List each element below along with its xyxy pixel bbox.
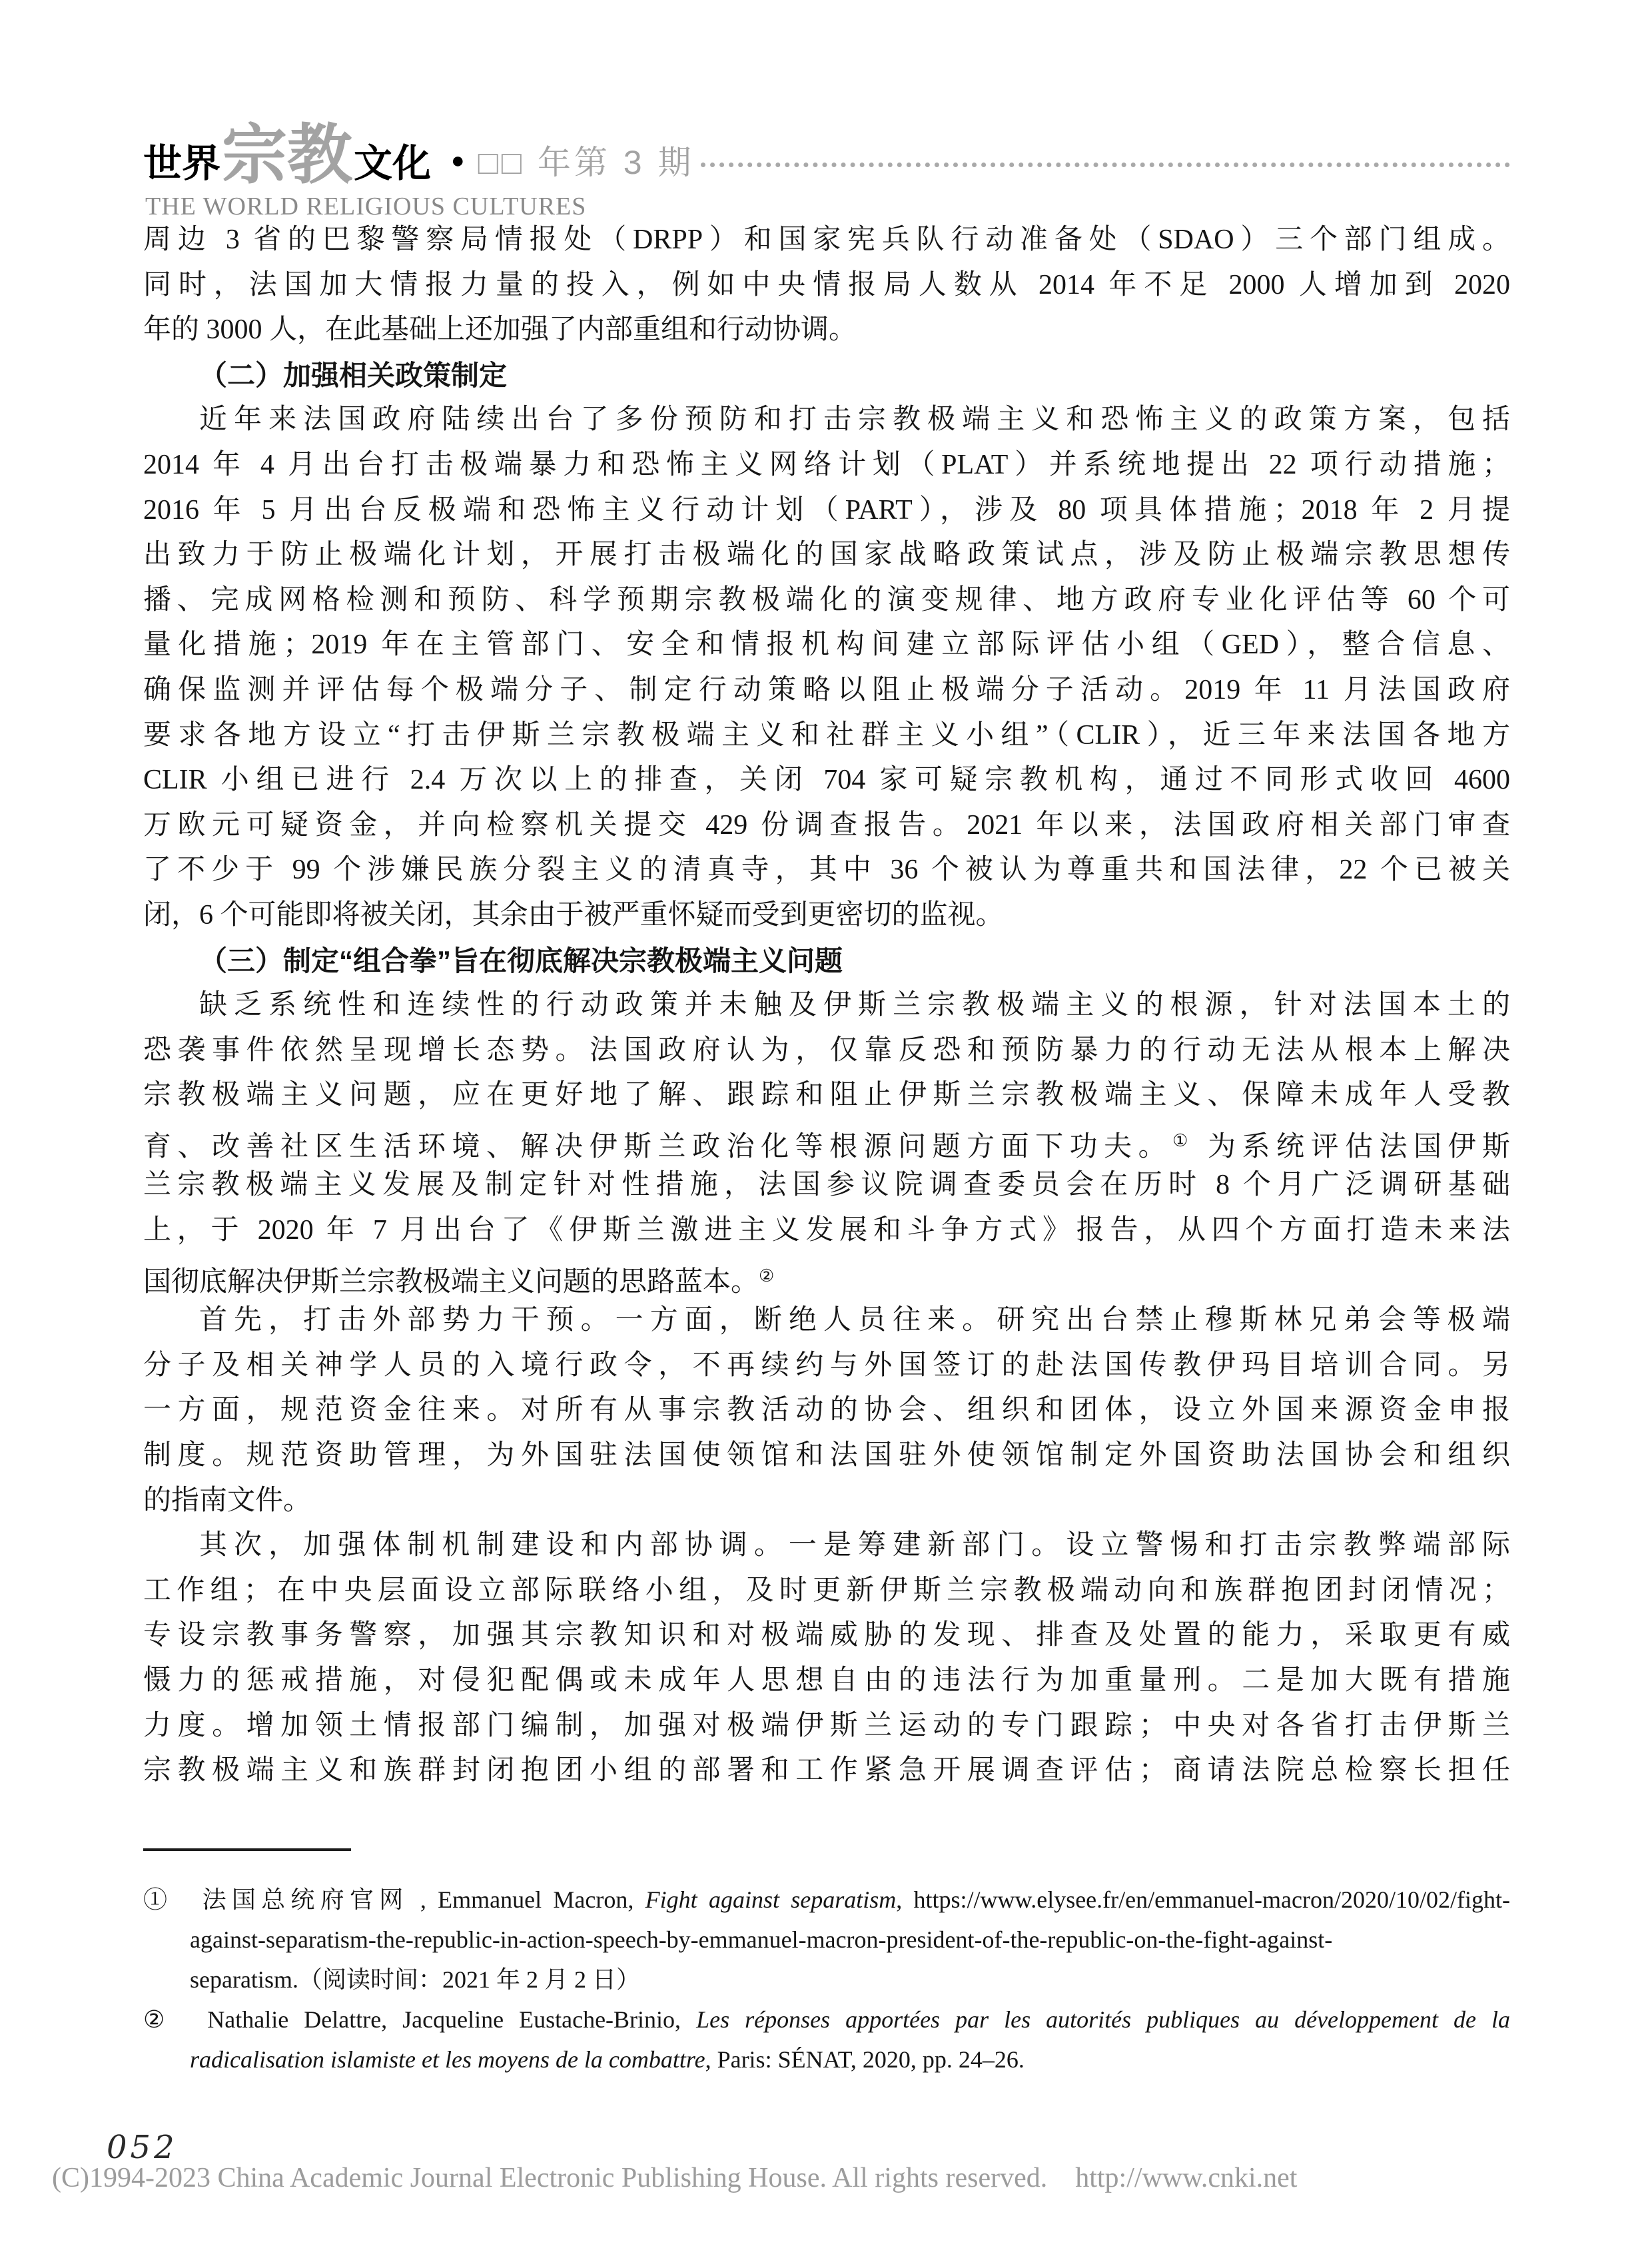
text-segment: 了不少于 99 个涉嫌民族分裂主义的清真寺，其中 36 个被认为尊重共和国法律，… (143, 855, 1510, 885)
text-segment: 兰宗教极端主义发展及制定针对性措施，法国参议院调查委员会在历时 8 个月广泛调研… (143, 1170, 1510, 1200)
text-segment: 2014 年 4 月出台打击极端暴力和恐怖主义网络计划（PLAT）并系统地提出 … (143, 450, 1510, 480)
text-segment: separatism.（阅读时间：2021 年 2 月 2 日） (190, 1966, 640, 1993)
text-line: 分子及相关神学人员的入境行政令，不再续约与外国签订的赴法国传教伊玛目培训合同。另 (143, 1343, 1510, 1389)
text-segment: 万欧元可疑资金，并向检察机关提交 429 份调查报告。2021 年以来，法国政府… (143, 810, 1510, 841)
text-line: 工作组；在中央层面设立部际联络小组，及时更新伊斯兰宗教极端动向和族群抱团封闭情况… (143, 1569, 1510, 1614)
text-segment: 一方面，规范资金往来。对所有从事宗教活动的协会、组织和团体，设立外国来源资金申报 (143, 1395, 1510, 1425)
text-segment: 周边 3 省的巴黎警察局情报处（DRPP）和国家宪兵队行动准备处（SDAO）三个… (143, 224, 1510, 255)
text-segment: , https://www.elysee.fr/en/emmanuel-macr… (896, 1886, 1510, 1913)
footnote-line: against-separatism-the-republic-in-actio… (143, 1920, 1510, 1960)
text-segment: , Paris: SÉNAT, 2020, pp. 24–26. (705, 2046, 1025, 2073)
copyright-notice: (C)1994-2023 China Academic Journal Elec… (52, 2162, 1297, 2194)
text-segment: 首先，打击外部势力干预。一方面，断绝人员往来。研究出台禁止穆斯林兄弟会等极端 (199, 1305, 1510, 1335)
footnote-divider (143, 1848, 351, 1851)
text-segment: radicalisation islamiste et les moyens d… (190, 2046, 705, 2073)
text-line: 国彻底解决伊斯兰宗教极端主义问题的思路蓝本。② (143, 1254, 1510, 1299)
article-body: 周边 3 省的巴黎警察局情报处（DRPP）和国家宪兵队行动准备处（SDAO）三个… (143, 218, 1510, 1794)
text-line: 宗教极端主义和族群封闭抱团小组的部署和工作紧急开展调查评估；商请法院总检察长担任 (143, 1748, 1510, 1794)
footnote-line: ① 法国总统府官网 , Emmanuel Macron, Fight again… (143, 1880, 1510, 1920)
text-segment: 播、完成网格检测和预防、科学预期宗教极端化的演变规律、地方政府专业化评估等 60… (143, 585, 1510, 615)
text-segment: 要求各地方设立“打击伊斯兰宗教极端主义和社群主义小组”（CLIR），近三年来法国… (143, 720, 1510, 751)
text-line: 万欧元可疑资金，并向检察机关提交 429 份调查报告。2021 年以来，法国政府… (143, 803, 1510, 849)
text-segment: （三）制定“组合拳”旨在彻底解决宗教极端主义问题 (199, 945, 843, 976)
text-segment: 出致力于防止极端化计划，开展打击极端化的国家战略政策试点，涉及防止极端宗教思想传 (143, 540, 1510, 570)
footnote-ref: ① (1172, 1131, 1194, 1150)
text-segment: 宗教极端主义和族群封闭抱团小组的部署和工作紧急开展调查评估；商请法院总检察长担任 (143, 1755, 1510, 1786)
text-line: 同时，法国加大情报力量的投入，例如中央情报局人数从 2014 年不足 2000 … (143, 263, 1510, 308)
text-segment: 恐袭事件依然呈现增长态势。法国政府认为，仅靠反恐和预防暴力的行动无法从根本上解决 (143, 1035, 1510, 1066)
text-segment: 育、改善社区生活环境、解决伊斯兰政治化等根源问题方面下功夫。 (143, 1132, 1172, 1162)
journal-title-cn-left: 世界 (143, 145, 220, 183)
footnotes: ① 法国总统府官网 , Emmanuel Macron, Fight again… (143, 1880, 1510, 2079)
text-line: 闭，6 个可能即将被关闭，其余由于被严重怀疑而受到更密切的监视。 (143, 893, 1510, 938)
text-line: 力度。增加领土情报部门编制，加强对极端伊斯兰运动的专门跟踪；中央对各省打击伊斯兰 (143, 1704, 1510, 1749)
text-line: 周边 3 省的巴黎警察局情报处（DRPP）和国家宪兵队行动准备处（SDAO）三个… (143, 218, 1510, 263)
text-segment: 上，于 2020 年 7 月出台了《伊斯兰激进主义发展和斗争方式》报告，从四个方… (143, 1215, 1510, 1246)
text-line: 了不少于 99 个涉嫌民族分裂主义的清真寺，其中 36 个被认为尊重共和国法律，… (143, 848, 1510, 893)
text-segment: 近年来法国政府陆续出台了多份预防和打击宗教极端主义和恐怖主义的政策方案，包括 (199, 404, 1510, 435)
text-segment: Fight against separatism (645, 1886, 897, 1913)
text-segment: ② Nathalie Delattre, Jacqueline Eustache… (143, 2006, 696, 2033)
text-line: 兰宗教极端主义发展及制定针对性措施，法国参议院调查委员会在历时 8 个月广泛调研… (143, 1163, 1510, 1208)
text-segment: 年的 3000 人，在此基础上还加强了内部重组和行动协调。 (143, 314, 857, 345)
issue-info: □□ 年第 3 期 (478, 146, 695, 179)
text-segment: 缺乏系统性和连续性的行动政策并未触及伊斯兰宗教极端主义的根源，针对法国本土的 (199, 990, 1510, 1020)
text-line: 恐袭事件依然呈现增长态势。法国政府认为，仅靠反恐和预防暴力的行动无法从根本上解决 (143, 1028, 1510, 1074)
text-segment: 为系统评估法国伊斯 (1194, 1132, 1510, 1162)
text-line: 首先，打击外部势力干预。一方面，断绝人员往来。研究出台禁止穆斯林兄弟会等极端 (143, 1298, 1510, 1343)
text-line: 一方面，规范资金往来。对所有从事宗教活动的协会、组织和团体，设立外国来源资金申报 (143, 1388, 1510, 1433)
text-line: 2014 年 4 月出台打击极端暴力和恐怖主义网络计划（PLAT）并系统地提出 … (143, 443, 1510, 488)
section-heading: （三）制定“组合拳”旨在彻底解决宗教极端主义问题 (143, 938, 1510, 984)
text-segment: 力度。增加领土情报部门编制，加强对极端伊斯兰运动的专门跟踪；中央对各省打击伊斯兰 (143, 1710, 1510, 1741)
text-line: 其次，加强体制机制建设和内部协调。一是筹建新部门。设立警惕和打击宗教弊端部际 (143, 1523, 1510, 1569)
text-line: 近年来法国政府陆续出台了多份预防和打击宗教极端主义和恐怖主义的政策方案，包括 (143, 398, 1510, 443)
journal-title-cn-big: 宗教 (222, 124, 352, 186)
journal-title-cn-right: 文化 (354, 145, 431, 183)
text-line: 要求各地方设立“打击伊斯兰宗教极端主义和社群主义小组”（CLIR），近三年来法国… (143, 713, 1510, 759)
text-segment: Les réponses apportées par les autorités… (696, 2006, 1510, 2033)
footnote-line: separatism.（阅读时间：2021 年 2 月 2 日） (143, 1960, 1510, 2000)
text-line: 育、改善社区生活环境、解决伊斯兰政治化等根源问题方面下功夫。① 为系统评估法国伊… (143, 1118, 1510, 1164)
text-segment: 2016 年 5 月出台反极端和恐怖主义行动计划（PART），涉及 80 项具体… (143, 495, 1510, 526)
text-segment: against-separatism-the-republic-in-actio… (190, 1926, 1332, 1953)
text-segment: （二）加强相关政策制定 (199, 360, 507, 391)
text-line: 2016 年 5 月出台反极端和恐怖主义行动计划（PART），涉及 80 项具体… (143, 488, 1510, 534)
text-segment: 其次，加强体制机制建设和内部协调。一是筹建新部门。设立警惕和打击宗教弊端部际 (199, 1530, 1510, 1561)
text-line: 专设宗教事务警察，加强其宗教知识和对极端威胁的发现、排查及处置的能力，采取更有威 (143, 1613, 1510, 1659)
text-segment: 分子及相关神学人员的入境行政令，不再续约与外国签订的赴法国传教伊玛目培训合同。另 (143, 1350, 1510, 1381)
text-line: CLIR 小组已进行 2.4 万次以上的排查，关闭 704 家可疑宗教机构，通过… (143, 758, 1510, 803)
text-line: 出致力于防止极端化计划，开展打击极端化的国家战略政策试点，涉及防止极端宗教思想传 (143, 533, 1510, 578)
section-heading: （二）加强相关政策制定 (143, 353, 1510, 398)
text-segment: ① 法国总统府官网 , Emmanuel Macron, (143, 1886, 645, 1913)
text-line: 确保监测并评估每个极端分子、制定行动策略以阻止极端分子活动。2019 年 11 … (143, 668, 1510, 713)
footnote-line: ② Nathalie Delattre, Jacqueline Eustache… (143, 2000, 1510, 2040)
text-line: 宗教极端主义问题，应在更好地了解、跟踪和阻止伊斯兰宗教极端主义、保障未成年人受教 (143, 1073, 1510, 1118)
journal-header: 世界 宗教 文化 ● □□ 年第 3 期 (143, 124, 1510, 183)
text-segment: 国彻底解决伊斯兰宗教极端主义问题的思路蓝本。 (143, 1267, 759, 1298)
text-line: 制度。规范资助管理，为外国驻法国使领馆和法国驻外使领馆制定外国资助法国协会和组织 (143, 1433, 1510, 1479)
text-line: 年的 3000 人，在此基础上还加强了内部重组和行动协调。 (143, 308, 1510, 353)
page-number: 052 (107, 2129, 178, 2166)
text-segment: 专设宗教事务警察，加强其宗教知识和对极端威胁的发现、排查及处置的能力，采取更有威 (143, 1620, 1510, 1651)
text-line: 的指南文件。 (143, 1479, 1510, 1524)
bullet-icon: ● (451, 150, 465, 173)
journal-page: 世界 宗教 文化 ● □□ 年第 3 期 THE WORLD RELIGIOUS… (0, 0, 1652, 2242)
text-segment: 的指南文件。 (143, 1485, 311, 1516)
text-segment: 工作组；在中央层面设立部际联络小组，及时更新伊斯兰宗教极端动向和族群抱团封闭情况… (143, 1575, 1510, 1606)
text-segment: 确保监测并评估每个极端分子、制定行动策略以阻止极端分子活动。2019 年 11 … (143, 675, 1510, 705)
text-segment: 闭，6 个可能即将被关闭，其余由于被严重怀疑而受到更密切的监视。 (143, 900, 1004, 931)
text-segment: 宗教极端主义问题，应在更好地了解、跟踪和阻止伊斯兰宗教极端主义、保障未成年人受教 (143, 1080, 1510, 1110)
text-line: 慑力的惩戒措施，对侵犯配偶或未成年人思想自由的违法行为加重量刑。二是加大既有措施 (143, 1659, 1510, 1704)
dot-leader (701, 163, 1510, 167)
text-segment: 同时，法国加大情报力量的投入，例如中央情报局人数从 2014 年不足 2000 … (143, 270, 1510, 300)
text-segment: CLIR 小组已进行 2.4 万次以上的排查，关闭 704 家可疑宗教机构，通过… (143, 765, 1510, 795)
text-line: 缺乏系统性和连续性的行动政策并未触及伊斯兰宗教极端主义的根源，针对法国本土的 (143, 983, 1510, 1028)
text-segment: 慑力的惩戒措施，对侵犯配偶或未成年人思想自由的违法行为加重量刑。二是加大既有措施 (143, 1665, 1510, 1696)
text-segment: 量化措施；2019 年在主管部门、安全和情报机构间建立部际评估小组（GED），整… (143, 629, 1510, 660)
text-line: 量化措施；2019 年在主管部门、安全和情报机构间建立部际评估小组（GED），整… (143, 623, 1510, 668)
text-segment: 制度。规范资助管理，为外国驻法国使领馆和法国驻外使领馆制定外国资助法国协会和组织 (143, 1440, 1510, 1471)
footnote-ref: ② (759, 1266, 774, 1286)
text-line: 上，于 2020 年 7 月出台了《伊斯兰激进主义发展和斗争方式》报告，从四个方… (143, 1208, 1510, 1254)
footnote-line: radicalisation islamiste et les moyens d… (143, 2040, 1510, 2079)
journal-title-en: THE WORLD RELIGIOUS CULTURES (145, 192, 586, 221)
text-line: 播、完成网格检测和预防、科学预期宗教极端化的演变规律、地方政府专业化评估等 60… (143, 578, 1510, 623)
